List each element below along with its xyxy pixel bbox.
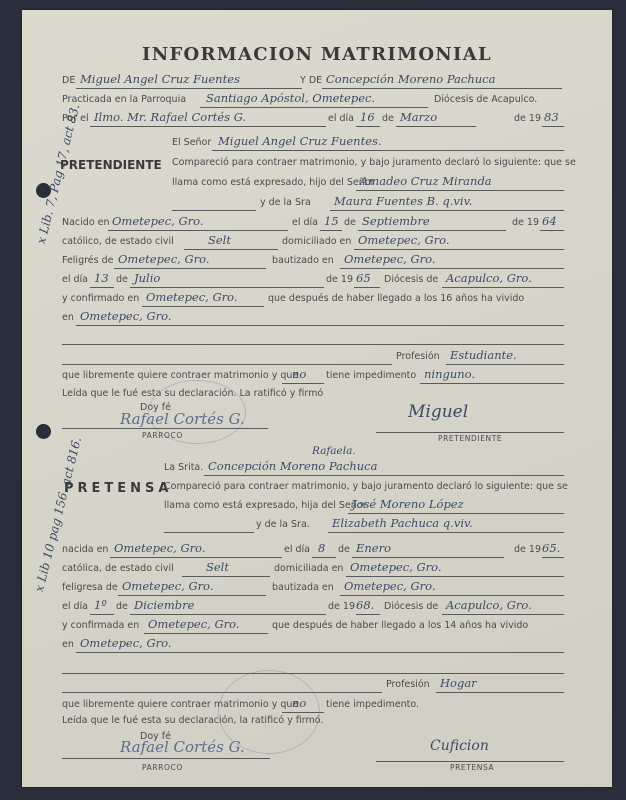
lived-in-value: Ometepec, Gro.	[80, 636, 172, 650]
en-label: en	[62, 638, 74, 652]
pretendiente-signature-line	[376, 418, 564, 433]
confirmado-label: y confirmado en	[62, 292, 139, 306]
annotation: Rafaela.	[312, 444, 356, 458]
year-prefix: de 19	[514, 543, 541, 557]
profesion-label: Profesión	[396, 350, 440, 364]
impedimento-label: tiene impedimento.	[326, 698, 419, 712]
blank-line	[62, 330, 564, 345]
parroco-caption: PARROCO	[142, 431, 183, 440]
birth-month-value: Septiembre	[362, 214, 430, 228]
year-prefix: de 19	[326, 273, 353, 287]
domicile-value: Ometepec, Gro.	[350, 560, 442, 574]
document-title: INFORMACION MATRIMONIAL	[22, 44, 612, 65]
impediment-neg-value: no	[292, 367, 306, 381]
blank-line	[164, 518, 254, 533]
domiciliada-label: domiciliada en	[274, 562, 343, 576]
bapt-day-value: 1º	[94, 598, 107, 612]
srita-label: La Srita.	[164, 461, 203, 475]
declaration-text: llama como está expresado, hija del Seño…	[164, 499, 367, 513]
impedimento-label: tiene impedimento	[326, 369, 416, 383]
declaration-text: Compareció para contraer matrimonio, y b…	[164, 480, 568, 494]
de-label: de	[344, 216, 356, 230]
bautizada-label: bautizada en	[272, 581, 334, 595]
parroco-signature-line	[62, 414, 268, 429]
bapt-year-value: 68.	[356, 598, 374, 612]
blank-line	[62, 659, 564, 674]
bride-value: Concepción Moreno Pachuca	[208, 459, 377, 473]
birth-day-value: 15	[324, 214, 339, 228]
lived-text: que después de haber llegado a los 14 añ…	[272, 619, 528, 633]
parroco-signature-line	[62, 744, 270, 759]
dia-label: el día	[284, 543, 310, 557]
de-label: de	[116, 600, 128, 614]
confirmed-in-value: Ometepec, Gro.	[148, 617, 240, 631]
diocesis-label: Diócesis de Acapulco.	[434, 93, 537, 107]
profesion-label: Profesión	[386, 678, 430, 692]
birth-year-value: 65.	[542, 541, 560, 555]
dia-label: el día	[62, 600, 88, 614]
en-label: en	[62, 311, 74, 325]
bautizado-label: bautizado en	[272, 254, 334, 268]
catolica-label: católica, de estado civil	[62, 562, 174, 576]
birth-month-value: Enero	[356, 541, 391, 555]
birthplace-value: Ometepec, Gro.	[112, 214, 204, 228]
declaration-text: llama como está expresado, hijo del Seño…	[172, 176, 374, 190]
y-de-label: Y DE	[300, 74, 322, 88]
mother-label: y de la Sra	[260, 196, 311, 210]
bride-name: Concepción Moreno Pachuca	[326, 72, 495, 86]
year-prefix: de 19	[514, 112, 541, 126]
de-label: de	[338, 543, 350, 557]
birth-year-value: 64	[542, 214, 557, 228]
year-prefix: de 19	[512, 216, 539, 230]
mother-value: Maura Fuentes B. q.viv.	[334, 194, 472, 208]
pretensa-signature-line	[376, 747, 564, 762]
groom-value: Miguel Angel Cruz Fuentes.	[218, 134, 382, 148]
blank-line	[62, 350, 392, 365]
bapt-diocese-value: Acapulco, Gro.	[446, 598, 532, 612]
blank-line	[172, 196, 256, 211]
month-value: Marzo	[400, 110, 437, 124]
lived-text: que después de haber llegado a los 16 añ…	[268, 292, 524, 306]
civil-status-field[interactable]	[184, 235, 278, 250]
officiant-value: Ilmo. Mr. Rafael Cortés G.	[94, 110, 246, 124]
dia-label: el día	[328, 112, 354, 126]
bapt-month-value: Diciembre	[134, 598, 194, 612]
blank-line	[62, 678, 382, 693]
feligres-label: Feligrés de	[62, 254, 114, 268]
bapt-year-value: 65	[356, 271, 371, 285]
section-pretendiente: PRETENDIENTE	[60, 158, 162, 172]
dia-label: el día	[292, 216, 318, 230]
pretensa-caption: PRETENSA	[450, 763, 494, 772]
catolico-label: católico, de estado civil	[62, 235, 174, 249]
parroco-caption: PARROCO	[142, 763, 183, 772]
year-value: 83	[544, 110, 559, 124]
father-value: José Moreno López	[352, 497, 464, 511]
profession-value: Hogar	[440, 676, 477, 690]
mother-label: y de la Sra.	[256, 518, 310, 532]
year-prefix: de 19	[328, 600, 355, 614]
parroquia-value: Santiago Apóstol, Ometepec.	[206, 91, 375, 105]
baptized-in-value: Ometepec, Gro.	[344, 252, 436, 266]
birthplace-value: Ometepec, Gro.	[114, 541, 206, 555]
diocesis-label: Diócesis de	[384, 600, 438, 614]
parish-value: Ometepec, Gro.	[118, 252, 210, 266]
section-pretensa: PRETENSA	[64, 481, 172, 496]
de-label: de	[116, 273, 128, 287]
groom-name: Miguel Angel Cruz Fuentes	[80, 72, 240, 86]
civil-status-value: Selt	[206, 560, 229, 574]
mother-value: Elizabeth Pachuca q.viv.	[332, 516, 473, 530]
parish-value: Ometepec, Gro.	[122, 579, 214, 593]
parroquia-label: Practicada en la Parroquia	[62, 93, 186, 107]
confirmed-in-value: Ometepec, Gro.	[146, 290, 238, 304]
bapt-month-value: Julio	[134, 271, 160, 285]
birth-day-value: 8	[318, 541, 325, 555]
bapt-day-value: 13	[94, 271, 109, 285]
por-el-label: Por el	[62, 112, 89, 126]
profession-value: Estudiante.	[450, 348, 517, 362]
impediment-value: ninguno.	[424, 367, 475, 381]
document-page: INFORMACION MATRIMONIAL x Lib. 7, Pag 17…	[22, 10, 612, 787]
dia-label: el día	[62, 273, 88, 287]
diocesis-label: Diócesis de	[384, 273, 438, 287]
civil-status-value: Selt	[208, 233, 231, 247]
confirmada-label: y confirmada en	[62, 619, 139, 633]
de-label: DE	[62, 74, 75, 88]
bapt-diocese-value: Acapulco, Gro.	[446, 271, 532, 285]
de-label: de	[382, 112, 394, 126]
declaration-text: Compareció para contraer matrimonio, y b…	[172, 156, 576, 170]
baptized-in-value: Ometepec, Gro.	[344, 579, 436, 593]
nacida-label: nacida en	[62, 543, 108, 557]
father-value: Amadeo Cruz Miranda	[360, 174, 492, 188]
feligresa-label: feligresa de	[62, 581, 118, 595]
lived-in-value: Ometepec, Gro.	[80, 309, 172, 323]
senor-label: El Señor	[172, 136, 211, 150]
day-value: 16	[360, 110, 375, 124]
pretendiente-caption: PRETENDIENTE	[438, 434, 502, 443]
domiciliado-label: domiciliado en	[282, 235, 351, 249]
domicile-value: Ometepec, Gro.	[358, 233, 450, 247]
punch-hole	[36, 424, 51, 439]
nacido-label: Nacido en	[62, 216, 110, 230]
